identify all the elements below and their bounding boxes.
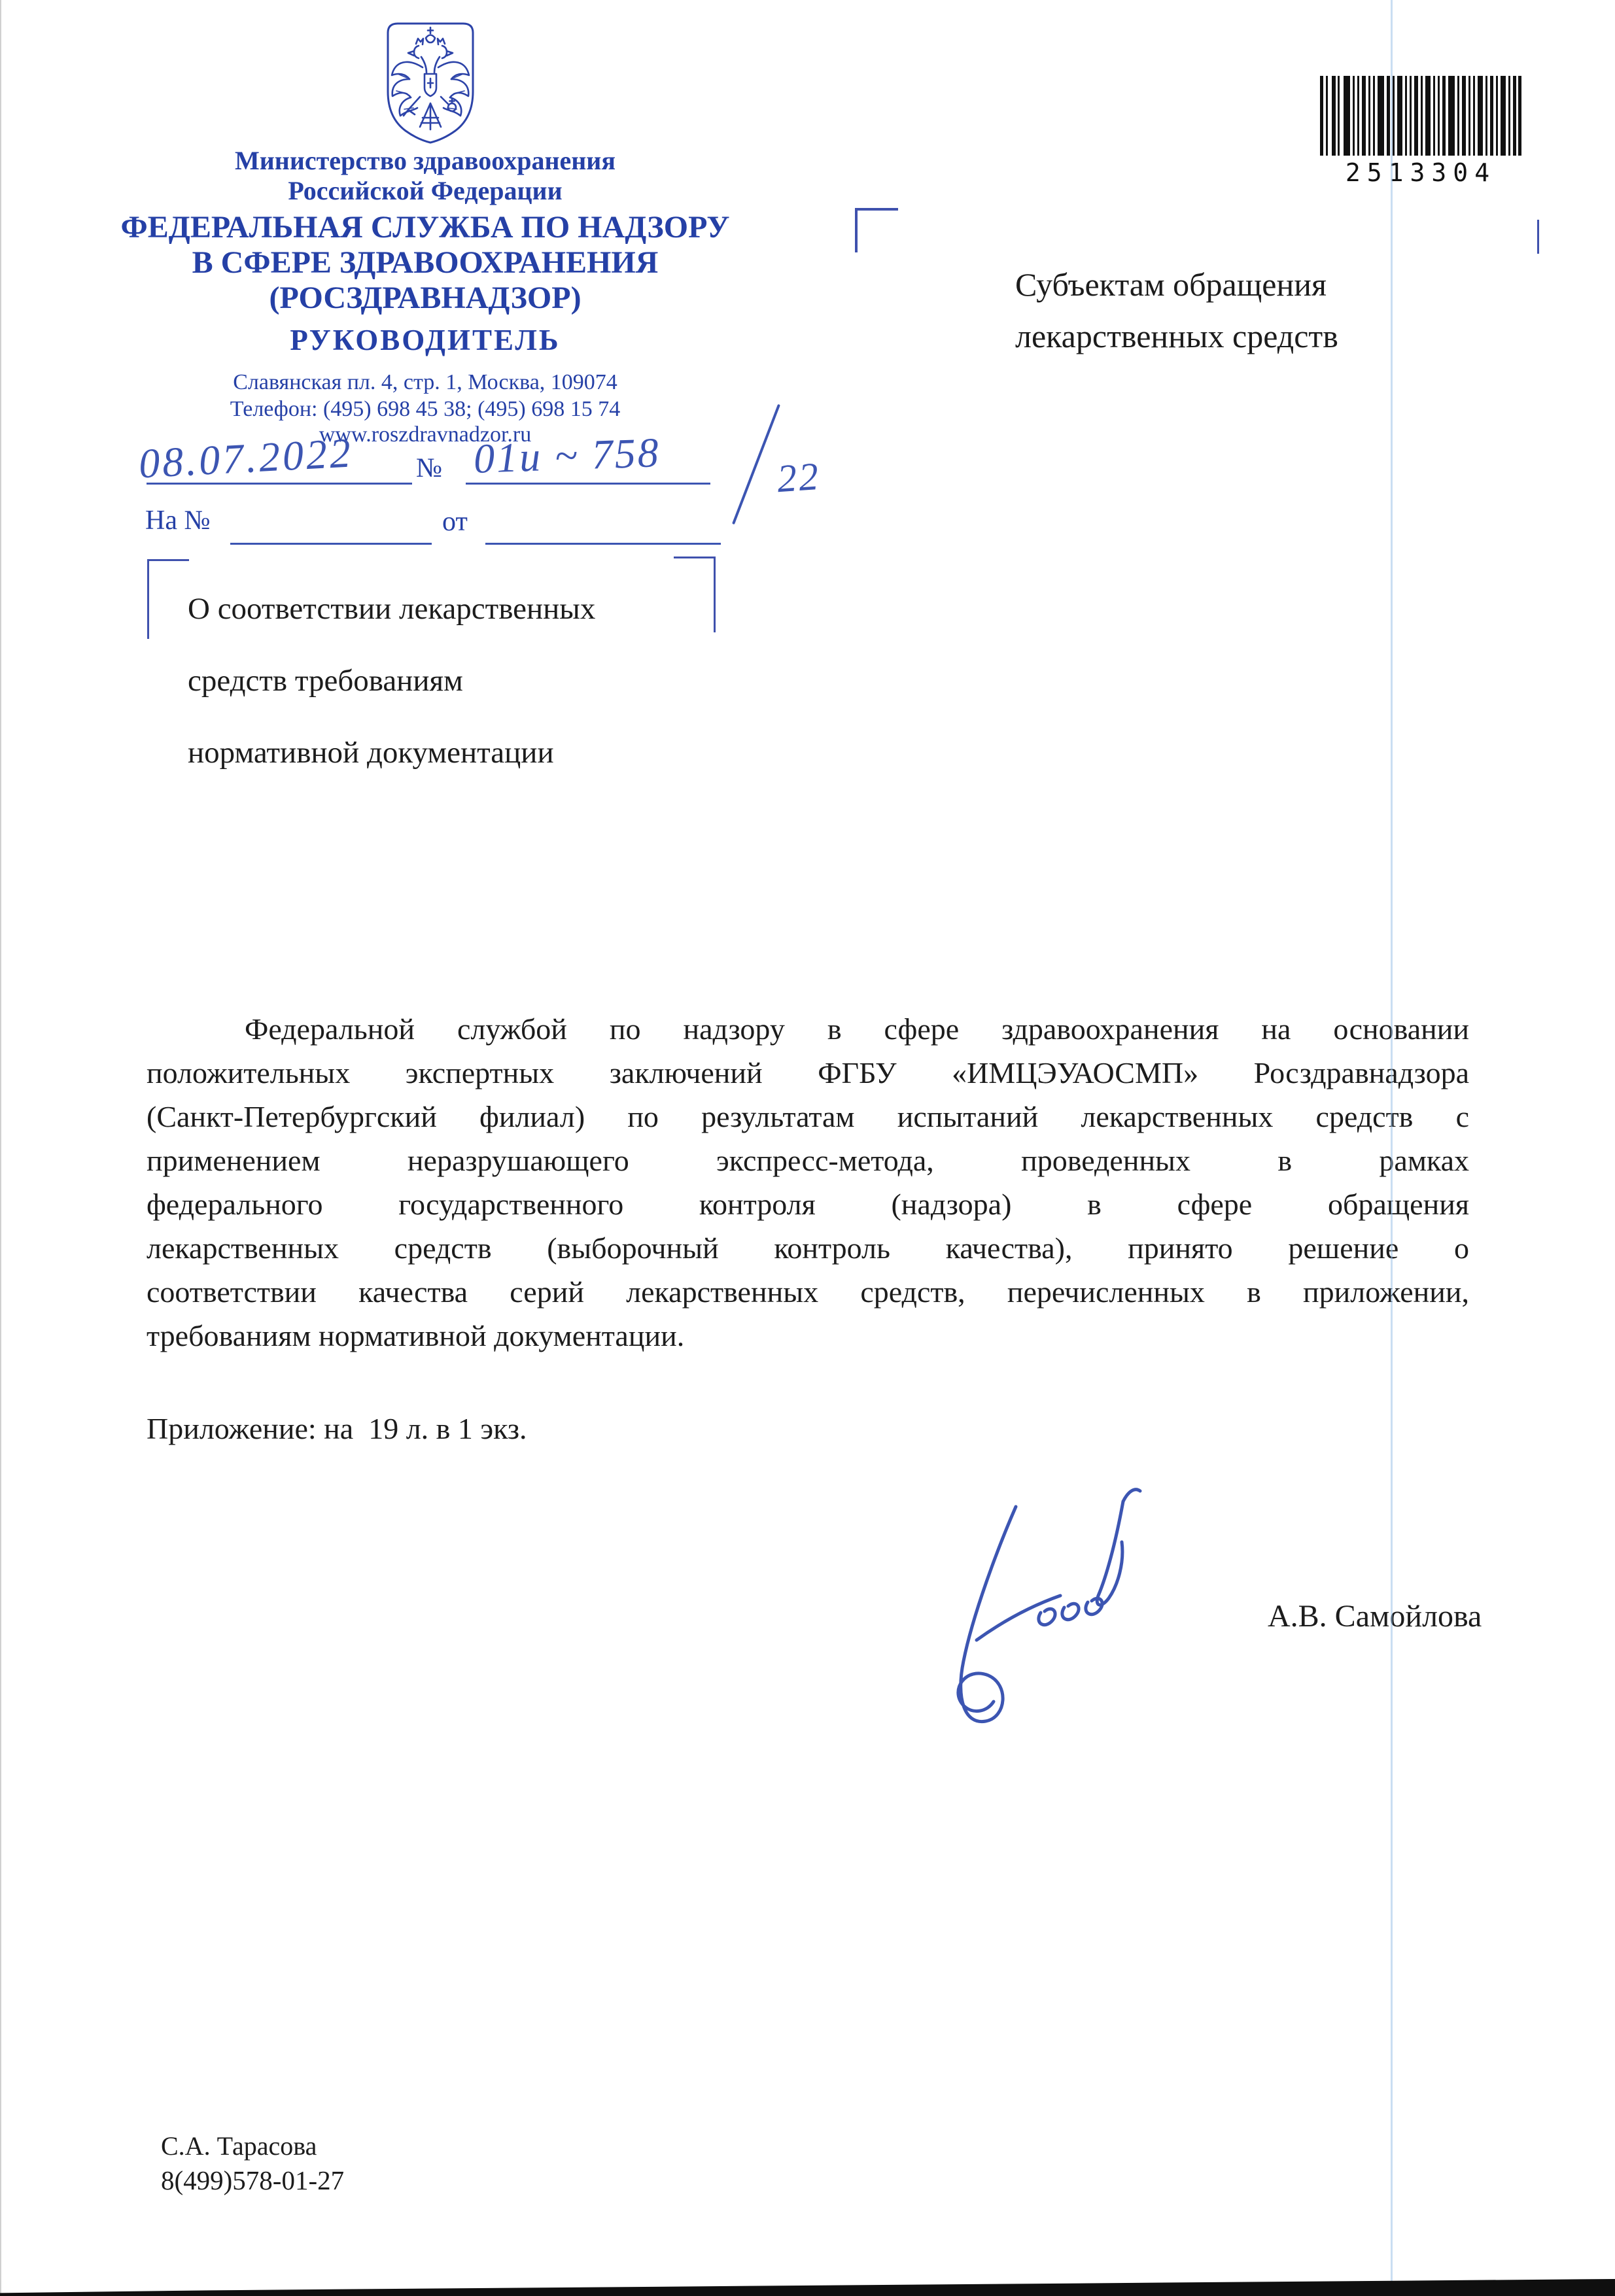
reply-from-label: от [442,506,468,538]
body-line: соответствии качества серий лекарственны… [147,1270,1469,1314]
body-line: (Санкт-Петербургский филиал) по результа… [147,1095,1469,1139]
corner-mark-recipient-right-tick [1537,220,1539,254]
page-left-edge [0,0,1,2296]
scanner-line-artifact [1391,0,1393,2296]
body-line: положительных экспертных заключений ФГБУ… [147,1051,1469,1095]
barcode-number: 2513304 [1320,158,1521,187]
body-line: требованиям нормативной документации. [147,1314,1469,1358]
handwritten-number: 01и ~ 758 [473,428,661,483]
handwritten-date: 08.07.2022 [137,428,354,488]
body-line: Федеральной службой по надзору в сфере з… [147,1007,1469,1051]
ministry-name-line1: Министерство здравоохранения [111,145,739,176]
recipient-line2: лекарственных средств [1015,317,1338,355]
subject-line2: средств требованиям [188,663,463,698]
letterhead-address: Славянская пл. 4, стр. 1, Москва, 109074 [111,370,739,395]
signature-autograph-icon [899,1465,1181,1746]
body-line: лекарственных средств (выборочный контро… [147,1226,1469,1270]
corner-mark-recipient-top [855,208,898,211]
service-name-line1: ФЕДЕРАЛЬНАЯ СЛУЖБА ПО НАДЗОРУ [111,209,739,245]
body-paragraph: Федеральной службой по надзору в сфере з… [147,1007,1469,1358]
barcode-icon [1320,76,1521,156]
corner-mark-recipient-left [855,208,858,252]
service-name-line3: (РОСЗДРАВНАДЗОР) [111,280,739,316]
corner-mark-subject-left-side [147,559,149,639]
russian-coat-of-arms-icon [378,18,483,144]
signatory-name: А.В. Самойлова [1268,1598,1482,1634]
handwritten-slash [732,404,780,524]
body-line: федерального государственного контроля (… [147,1182,1469,1226]
reply-prefix-label: На № [145,505,211,536]
number-sign-label: № [416,453,442,484]
subject-line3: нормативной документации [188,735,554,770]
corner-mark-subject-right-top [674,557,716,558]
body-line: применением неразрушающего экспресс-мето… [147,1139,1469,1182]
scan-bottom-edge [0,2276,1615,2296]
ministry-name-line2: Российской Федерации [111,175,739,206]
date-underline [147,483,412,485]
corner-mark-subject-left-top [147,559,189,561]
reply-date-underline [485,543,721,545]
subject-line1: О соответствии лекарственных [188,591,595,626]
executor-phone: 8(499)578-01-27 [161,2165,344,2196]
corner-mark-subject-right-side [714,557,716,632]
handwritten-number-suffix: 22 [776,454,822,502]
number-underline [466,483,710,485]
attachment-note: Приложение: на 19 л. в 1 экз. [147,1411,527,1446]
document-page: Министерство здравоохранения Российской … [0,0,1615,2296]
executor-name: С.А. Тарасова [161,2131,317,2161]
position-title: РУКОВОДИТЕЛЬ [111,323,739,357]
reply-number-underline [230,543,432,545]
recipient-line1: Субъектам обращения [1015,266,1327,303]
letterhead-phone: Телефон: (495) 698 45 38; (495) 698 15 7… [111,397,739,422]
service-name-line2: В СФЕРЕ ЗДРАВООХРАНЕНИЯ [111,245,739,281]
